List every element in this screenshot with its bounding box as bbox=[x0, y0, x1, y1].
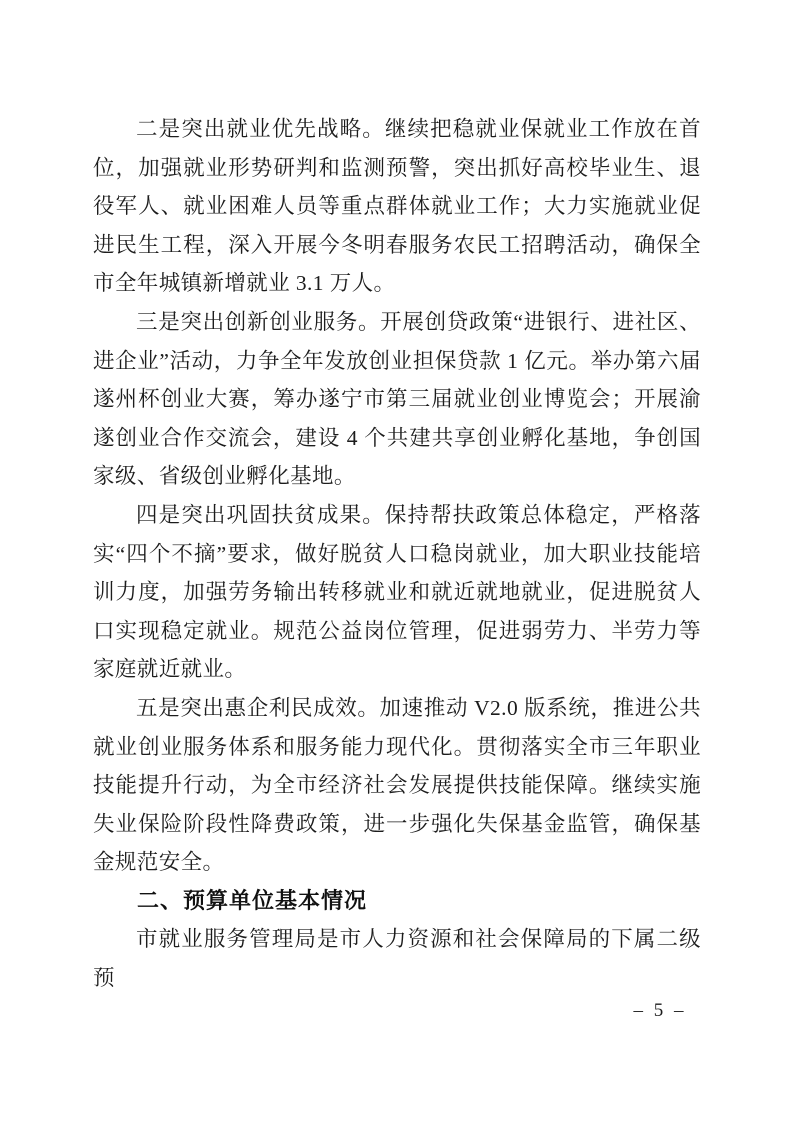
paragraph-enterprise-benefit: 五是突出惠企利民成效。加速推动 V2.0 版系统，推进公共就业创业服务体系和服务… bbox=[93, 689, 701, 882]
text-block: 二是突出就业优先战略。继续把稳就业保就业工作放在首位，加强就业形势研判和监测预警… bbox=[93, 110, 701, 998]
paragraph-poverty-alleviation: 四是突出巩固扶贫成果。保持帮扶政策总体稳定，严格落实“四个不摘”要求，做好脱贫人… bbox=[93, 496, 701, 689]
paragraph-innovation-entrepreneurship: 三是突出创新创业服务。开展创贷政策“进银行、进社区、进企业”活动，力争全年发放创… bbox=[93, 303, 701, 496]
section-heading-budget-unit: 二、预算单位基本情况 bbox=[93, 882, 701, 921]
page-number: – 5 – bbox=[618, 1000, 702, 1022]
document-page: 二是突出就业优先战略。继续把稳就业保就业工作放在首位，加强就业形势研判和监测预警… bbox=[0, 0, 793, 1122]
paragraph-budget-unit-intro: 市就业服务管理局是市人力资源和社会保障局的下属二级预 bbox=[93, 920, 701, 997]
paragraph-employment-priority: 二是突出就业优先战略。继续把稳就业保就业工作放在首位，加强就业形势研判和监测预警… bbox=[93, 110, 701, 303]
